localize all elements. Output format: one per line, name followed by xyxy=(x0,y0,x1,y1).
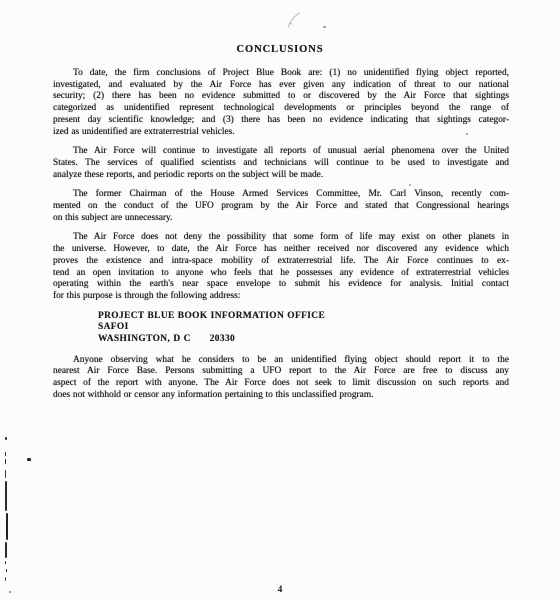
text-line: mented on the conduct of the UFO program… xyxy=(53,201,509,213)
scan-edge-mark xyxy=(5,561,6,564)
scan-edge-line xyxy=(6,513,8,540)
scan-edge-line xyxy=(5,481,7,511)
scan-edge-line xyxy=(5,542,7,558)
scan-edge-mark xyxy=(5,577,6,581)
paragraph-possibility-of-life: The Air Force does not deny the possibil… xyxy=(53,232,509,302)
text-line: the universe. However, to date, the Air … xyxy=(53,244,509,256)
text-line: States. The services of qualified scient… xyxy=(53,158,509,170)
address-line-office: PROJECT BLUE BOOK INFORMATION OFFICE xyxy=(98,311,509,323)
text-line: The Air Force does not deny the possibil… xyxy=(53,232,509,244)
text-line: investigated, and evaluated by the Air F… xyxy=(53,80,509,92)
document-body: To date, the firm conclusions of Project… xyxy=(53,68,509,410)
text-line: ized as unidentified are extraterrestria… xyxy=(53,127,509,139)
scan-edge-mark xyxy=(5,452,6,456)
text-line: nearest Air Force Base. Persons submitti… xyxy=(53,366,509,378)
address-line-city-zip: WASHINGTON, D C 20330 xyxy=(98,334,509,346)
paragraph-continue-investigate: The Air Force will continue to investiga… xyxy=(53,146,509,181)
text-line: proves the existence and intra-space mob… xyxy=(53,256,509,268)
scan-edge-mark xyxy=(5,459,6,464)
scan-edge-mark xyxy=(5,437,7,440)
text-line: aspect of the report with anyone. The Ai… xyxy=(53,378,509,390)
text-line: Anyone observing what he considers to be… xyxy=(53,355,509,367)
text-line: present day scientific knowledge; and (3… xyxy=(53,115,509,127)
paragraph-chairman: The former Chairman of the House Armed S… xyxy=(53,189,509,224)
scan-edge-mark xyxy=(5,470,6,478)
page-title: CONCLUSIONS xyxy=(0,44,560,55)
scan-smudge-top xyxy=(285,9,309,33)
scan-edge-mark xyxy=(27,458,31,461)
scan-speck xyxy=(466,133,468,135)
text-line: tend an open invitation to anyone who fe… xyxy=(53,268,509,280)
text-line: categorized as unidentified represent te… xyxy=(53,103,509,115)
page-number: 4 xyxy=(0,585,560,595)
text-line: does not withhold or censor any informat… xyxy=(53,390,509,402)
scan-speck xyxy=(323,26,326,28)
text-line: The former Chairman of the House Armed S… xyxy=(53,189,509,201)
text-line: The Air Force will continue to investiga… xyxy=(53,146,509,158)
text-line: operating within the earth's near space … xyxy=(53,279,509,291)
paragraph-reporting: Anyone observing what he considers to be… xyxy=(53,355,509,402)
text-line: security; (2) there has been no evidence… xyxy=(53,91,509,103)
address-line-safoi: SAFOI xyxy=(98,322,509,334)
scan-edge-mark xyxy=(6,569,7,572)
document-page: CONCLUSIONS To date, the firm conclusion… xyxy=(0,0,560,600)
scan-speck xyxy=(409,184,411,186)
text-line: To date, the firm conclusions of Project… xyxy=(53,68,509,80)
paragraph-conclusions: To date, the firm conclusions of Project… xyxy=(53,68,509,138)
scan-speck xyxy=(9,591,11,593)
text-line: on this subject are unnecessary. xyxy=(53,213,509,225)
address-block: PROJECT BLUE BOOK INFORMATION OFFICE SAF… xyxy=(53,311,509,346)
text-line: analyze these reports, and periodic repo… xyxy=(53,170,509,182)
text-line: for this purpose is through the followin… xyxy=(53,291,509,303)
